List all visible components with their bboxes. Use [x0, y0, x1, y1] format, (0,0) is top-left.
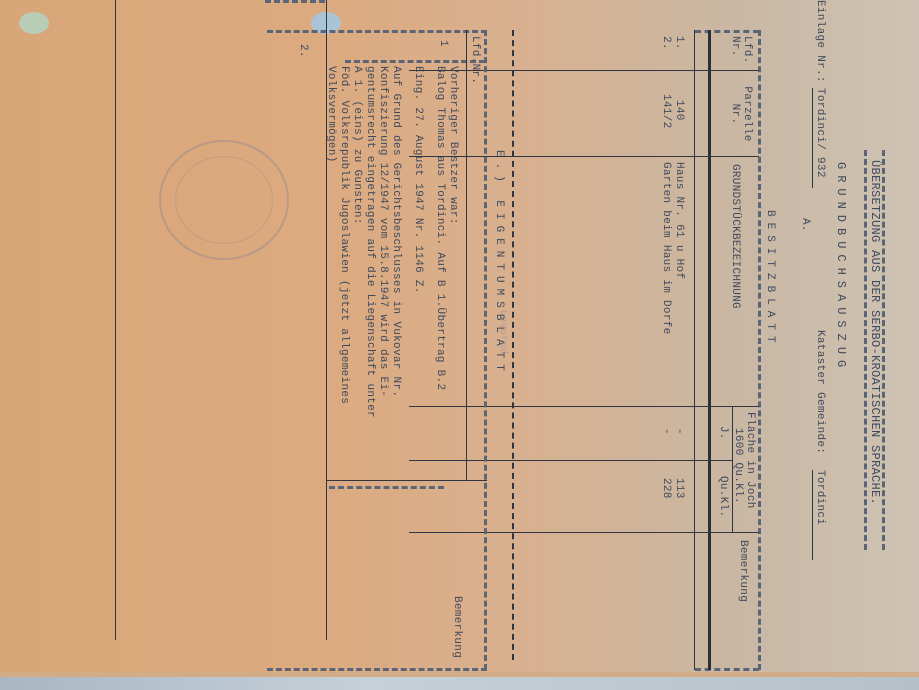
eig-dash-edge-right	[267, 668, 487, 671]
entry-bottom-rule	[115, 0, 116, 640]
eig-col-header-lfd: Lfd.Nr.	[468, 36, 481, 84]
col-header-bemerkung: Bemerkung	[736, 540, 749, 602]
entry-line: Föd. Volksrepublik Jugoslawien (jetzt al…	[337, 66, 350, 404]
entry-line: Balog Thomas aus Tordinci. Auf B 1.Übert…	[433, 66, 446, 390]
eig-bemerkung-divider	[327, 480, 487, 481]
header-dash-rule-lower	[864, 150, 867, 550]
einlage-label: Einlage Nr.:	[813, 0, 826, 83]
official-stamp	[159, 140, 289, 260]
row-bezeichnung: Garten beim Haus im Dorfe	[659, 162, 672, 335]
eig-bemerkung-dash	[329, 486, 444, 489]
col-header-parzelle: Parzelle Nr.	[729, 76, 753, 152]
entry-nr: 1	[436, 40, 449, 47]
entry-line: Auf Grund des Gerichtsbeschlusses in Vuk…	[389, 66, 402, 397]
row-qukl: 113	[672, 478, 685, 499]
main-title: GRUNDBUCHSAUSZUG	[834, 162, 847, 373]
table-dash-edge-left	[695, 30, 759, 33]
entry-separator	[326, 0, 327, 640]
col-divider-2	[409, 156, 759, 157]
eig-col-header-bemerkung: Bemerkung	[450, 596, 463, 658]
table-dash-edge-right	[695, 668, 759, 671]
col-divider-3b	[409, 460, 733, 461]
col-header-joch: J.	[716, 426, 729, 440]
scanned-document-photo: ÜBERSETZUNG AUS DER SERBO-KROATISCHEN SP…	[0, 0, 919, 690]
eig-dash-edge-left	[267, 30, 487, 33]
row-lfd: 1.	[672, 36, 685, 50]
row-parzelle: 140	[672, 100, 685, 121]
kataster-label: Kataster Gemeinde:	[813, 330, 826, 454]
col-divider-3	[409, 406, 759, 407]
rotated-document-page: ÜBERSETZUNG AUS DER SERBO-KROATISCHEN SP…	[0, 0, 919, 690]
eig-header-rule	[466, 30, 467, 480]
entry-line: Konfiszierung 12/1947 vom 15.8.1947 wird…	[376, 66, 389, 397]
row-qukl: 228	[659, 478, 672, 499]
faint-marginal-note: Lovorad	[496, 310, 509, 354]
header-dash-rule	[882, 150, 885, 550]
row-bezeichnung: Haus Nr. 61 u Hof	[672, 162, 685, 279]
entry-line: Vorheriger Bestzer war:	[446, 66, 459, 225]
table-row-rule	[694, 30, 695, 670]
entry-line: A 1. (eins) zu Gunsten:	[350, 66, 363, 225]
col-header-flaeche-1600: 1600 Qu.Kl.	[731, 428, 744, 504]
entry-nr: 2.	[296, 44, 309, 58]
section-a-marker: A.	[798, 218, 811, 232]
col-header-bezeichnung: GRUNDSTÜCKBEZEICHNUNG	[728, 164, 741, 309]
col-header-lfd: Lfd. Nr.	[729, 36, 753, 70]
table-header-rule	[708, 30, 711, 670]
entry2-dash-col	[265, 0, 325, 3]
section-separator	[512, 30, 514, 660]
entry-line: Eing. 27. August 1947 Nr. 1146 Z.	[411, 66, 424, 294]
row-joch: -	[672, 428, 685, 435]
besitzblatt-dash-rule	[758, 30, 761, 670]
kataster-value: Tordinci	[812, 470, 826, 560]
col-header-qukl: Qu.Kl.	[716, 476, 729, 517]
col-header-flaeche: Fläche in Joch	[743, 412, 756, 509]
eig-dash-col	[345, 60, 485, 63]
row-lfd: 2.	[659, 36, 672, 50]
row-parzelle: 141/2	[659, 94, 672, 129]
entry-line: gentumsrecht eingetragen auf die Liegens…	[363, 66, 376, 418]
row-joch: -	[659, 428, 672, 435]
eigentumsblatt-dash-rule	[484, 30, 487, 670]
besitzblatt-title: BESITZBLATT	[763, 210, 776, 349]
col-divider-4	[409, 532, 759, 533]
col-divider-1	[409, 70, 759, 71]
einlage-value: Tordinci/ 932	[812, 88, 826, 188]
punch-hole-top	[19, 12, 49, 34]
translation-header: ÜBERSETZUNG AUS DER SERBO-KROATISCHEN SP…	[868, 160, 881, 505]
